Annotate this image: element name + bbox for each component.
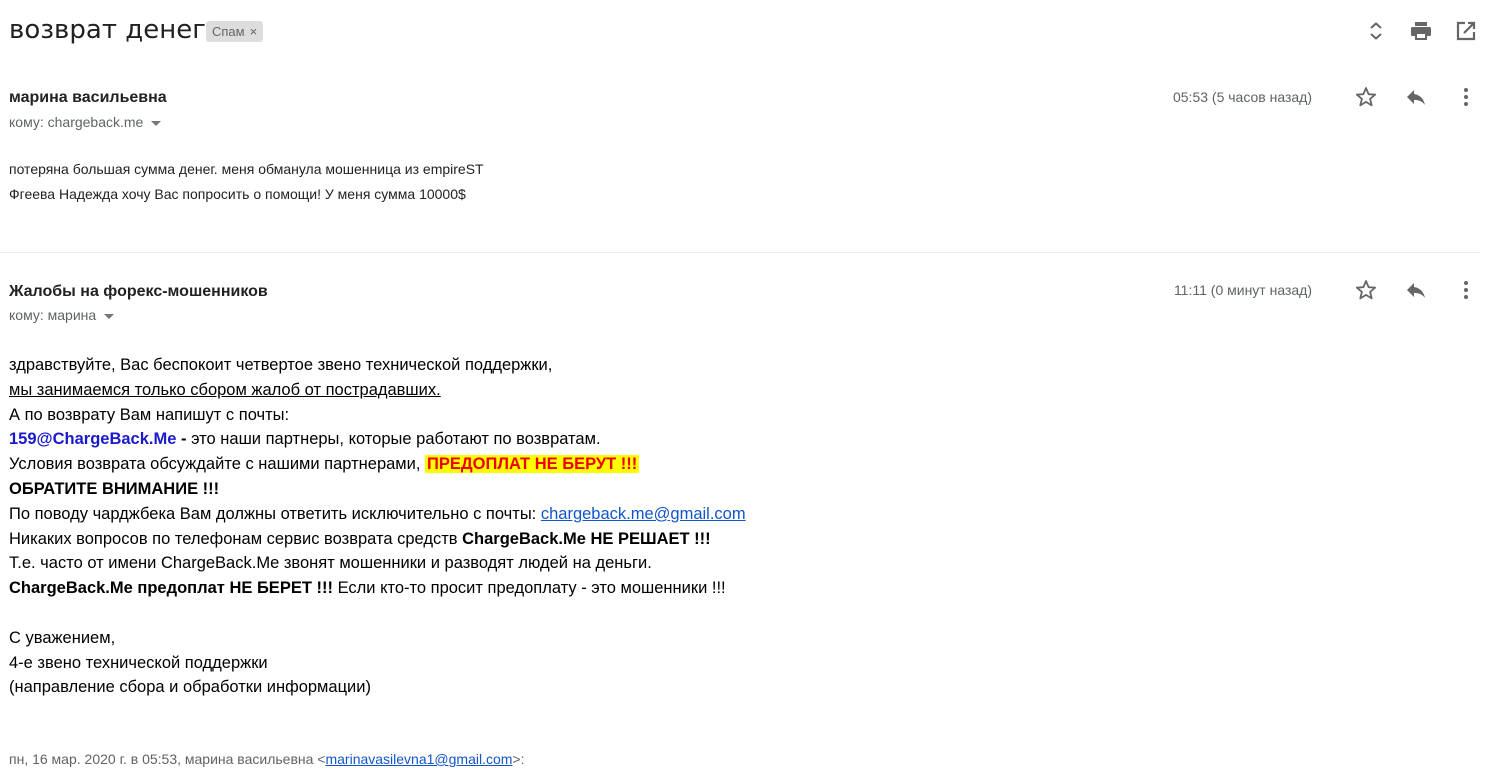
print-button[interactable] xyxy=(1409,19,1433,43)
message-divider xyxy=(0,252,1480,253)
open-new-window-icon xyxy=(1454,19,1478,43)
body-line: 159@ChargeBack.Me - это наши партнеры, к… xyxy=(9,427,746,452)
recipient-line: кому: chargeback.me xyxy=(9,114,161,130)
body-line: По поводу чарджбека Вам должны ответить … xyxy=(9,502,746,527)
body-line: здравствуйте, Вас беспокоит четвертое зв… xyxy=(9,353,746,378)
body-line: потеряна большая сумма денег. меня обман… xyxy=(9,157,484,182)
sender-name[interactable]: Жалобы на форекс-мошенников xyxy=(9,283,268,301)
label-text: Спам xyxy=(212,21,245,42)
remove-label-icon[interactable]: × xyxy=(250,21,258,42)
more-vert-icon xyxy=(1454,278,1478,302)
signature-line: С уважением, xyxy=(9,626,746,651)
message-body: здравствуйте, Вас беспокоит четвертое зв… xyxy=(9,353,746,700)
reply-icon xyxy=(1404,278,1428,302)
sender-name[interactable]: марина васильевна xyxy=(9,89,167,107)
body-line: А по возврату Вам напишут с почты: xyxy=(9,403,746,428)
highlighted-warning: ПРЕДОПЛАТ НЕ БЕРУТ !!! xyxy=(425,455,639,473)
body-text: Условия возврата обсуждайте с нашими пар… xyxy=(9,455,425,473)
quote-suffix: >: xyxy=(512,751,524,767)
bold-text: ChargeBack.Me НЕ РЕШАЕТ !!! xyxy=(462,530,711,548)
thread-header: возврат денег Спам × xyxy=(0,0,1497,66)
signature-line: (направление сбора и обработки информаци… xyxy=(9,675,746,700)
spam-label-chip[interactable]: Спам × xyxy=(206,21,263,42)
signature-line: 4-е звено технической поддержки xyxy=(9,651,746,676)
quoted-header: пн, 16 мар. 2020 г. в 05:53, марина васи… xyxy=(9,751,525,767)
body-line: Никаких вопросов по телефонам сервис воз… xyxy=(9,527,746,552)
body-text: Никаких вопросов по телефонам сервис воз… xyxy=(9,530,462,548)
more-vert-icon xyxy=(1454,85,1478,109)
star-button[interactable] xyxy=(1354,85,1378,109)
body-line: Фгеева Надежда хочу Вас попросить о помо… xyxy=(9,182,484,207)
body-text: По поводу чарджбека Вам должны ответить … xyxy=(9,505,541,523)
dash: - xyxy=(176,430,191,448)
expand-all-button[interactable] xyxy=(1364,19,1388,43)
star-icon xyxy=(1354,85,1378,109)
body-line-underlined: мы занимаемся только сбором жалоб от пос… xyxy=(9,378,746,403)
show-details-icon[interactable] xyxy=(104,314,114,319)
bold-text: ChargeBack.Me предоплат НЕ БЕРЕТ !!! xyxy=(9,579,333,597)
show-details-icon[interactable] xyxy=(151,121,161,126)
open-new-window-button[interactable] xyxy=(1454,19,1478,43)
body-line: Т.е. часто от имени ChargeBack.Me звонят… xyxy=(9,551,746,576)
body-line: Условия возврата обсуждайте с нашими пар… xyxy=(9,452,746,477)
body-text: Если кто-то просит предоплату - это моше… xyxy=(333,579,726,597)
message-time: 05:53 (5 часов назад) xyxy=(1173,89,1312,105)
thread-subject: возврат денег xyxy=(9,15,206,45)
chargeback-email-link[interactable]: chargeback.me@gmail.com xyxy=(541,505,746,523)
reply-button[interactable] xyxy=(1404,278,1428,302)
print-icon xyxy=(1409,19,1433,43)
more-options-button[interactable] xyxy=(1454,85,1478,109)
more-options-button[interactable] xyxy=(1454,278,1478,302)
recipient-text: кому: марина xyxy=(9,307,96,323)
quoted-email-link[interactable]: marinavasilevna1@gmail.com xyxy=(325,751,512,767)
attention-line: ОБРАТИТЕ ВНИМАНИЕ !!! xyxy=(9,477,746,502)
recipient-line: кому: марина xyxy=(9,307,114,323)
reply-icon xyxy=(1404,85,1428,109)
recipient-text: кому: chargeback.me xyxy=(9,114,143,130)
star-button[interactable] xyxy=(1354,278,1378,302)
body-text: это наши партнеры, которые работают по в… xyxy=(191,430,600,448)
expand-collapse-icon xyxy=(1364,19,1388,43)
reply-button[interactable] xyxy=(1404,85,1428,109)
message-time: 11:11 (0 минут назад) xyxy=(1174,282,1312,298)
blank-line xyxy=(9,601,746,626)
body-line: ChargeBack.Me предоплат НЕ БЕРЕТ !!! Есл… xyxy=(9,576,746,601)
partner-email: 159@ChargeBack.Me xyxy=(9,430,176,448)
quote-prefix: пн, 16 мар. 2020 г. в 05:53, марина васи… xyxy=(9,751,325,767)
star-icon xyxy=(1354,278,1378,302)
message-body: потеряна большая сумма денег. меня обман… xyxy=(9,157,484,207)
